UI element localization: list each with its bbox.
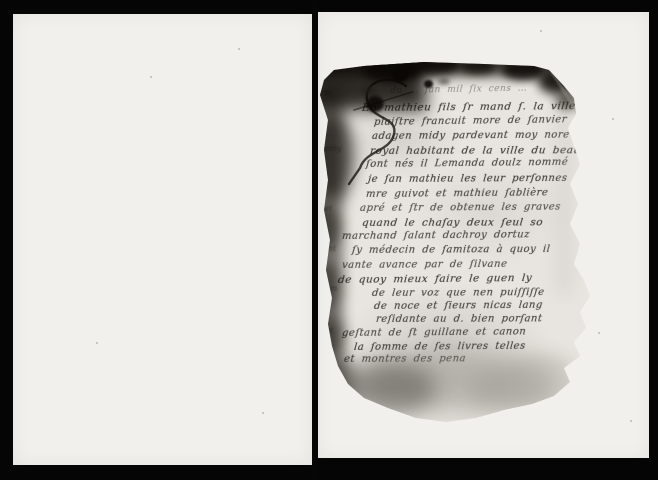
dust-speck [540, 30, 542, 32]
dust-speck [262, 412, 264, 414]
dust-speck [612, 118, 614, 120]
dust-speck [238, 48, 240, 50]
dust-speck [150, 76, 152, 78]
manuscript-line: geſtant de ſt guillane et canon [341, 326, 526, 339]
manuscript-line: la ſomme de ſes livres telles [353, 341, 526, 353]
microfilm-scan: du … ſan mil ſix cens …En mathieu fils ſ… [0, 0, 658, 480]
stain-blob [438, 78, 450, 85]
manuscript-line: royal habitant de la ville du beau [369, 144, 581, 157]
margin-mark: mmy [322, 144, 342, 153]
manuscript-line: ſont nés il Lemanda doulz nommé [365, 157, 568, 170]
manuscript-line: apré et ſtr de obtenue les graves [359, 202, 561, 214]
manuscript-line: vante avance par de ſilvane [341, 259, 507, 271]
manuscript-line: ſy médecin de ſamitoza à quoy il [351, 244, 550, 256]
manuscript-line: plaiſtre francuit more de ſanvier [373, 114, 567, 128]
left-page-blank [13, 14, 312, 465]
manuscript-line: En mathieu fils ſr mand ſ. la ville [361, 100, 576, 114]
dust-speck [96, 342, 98, 344]
manuscript-line: et montres des pena [343, 353, 466, 365]
manuscript-line: du … ſan mil ſix cens … [390, 84, 528, 96]
manuscript-line: marchand ſalant dachroy dortuz [341, 229, 530, 242]
dust-speck [630, 420, 632, 422]
manuscript-line: reſidante au d. bien porſant [375, 313, 543, 325]
manuscript-line: quand le chaſay deux ſeul so [361, 216, 543, 229]
dust-speck [598, 332, 600, 334]
margin-mark: rm [320, 88, 331, 97]
manuscript-line: de noce et ſieurs nicas lang [373, 300, 543, 312]
manuscript-line: de leur voz que nen puiſſiſſe [371, 287, 545, 299]
manuscript-line: de quoy mieux faire le guen ly [337, 272, 532, 286]
manuscript-line: mre guivot et mathieu ſablière [365, 187, 548, 200]
manuscript-line: je ſan mathieu les leur perſonnes [367, 173, 568, 185]
manuscript-line: adagen midy pardevant moy nore [371, 130, 570, 142]
manuscript-fragment: du … ſan mil ſix cens …En mathieu fils ſ… [318, 58, 596, 426]
